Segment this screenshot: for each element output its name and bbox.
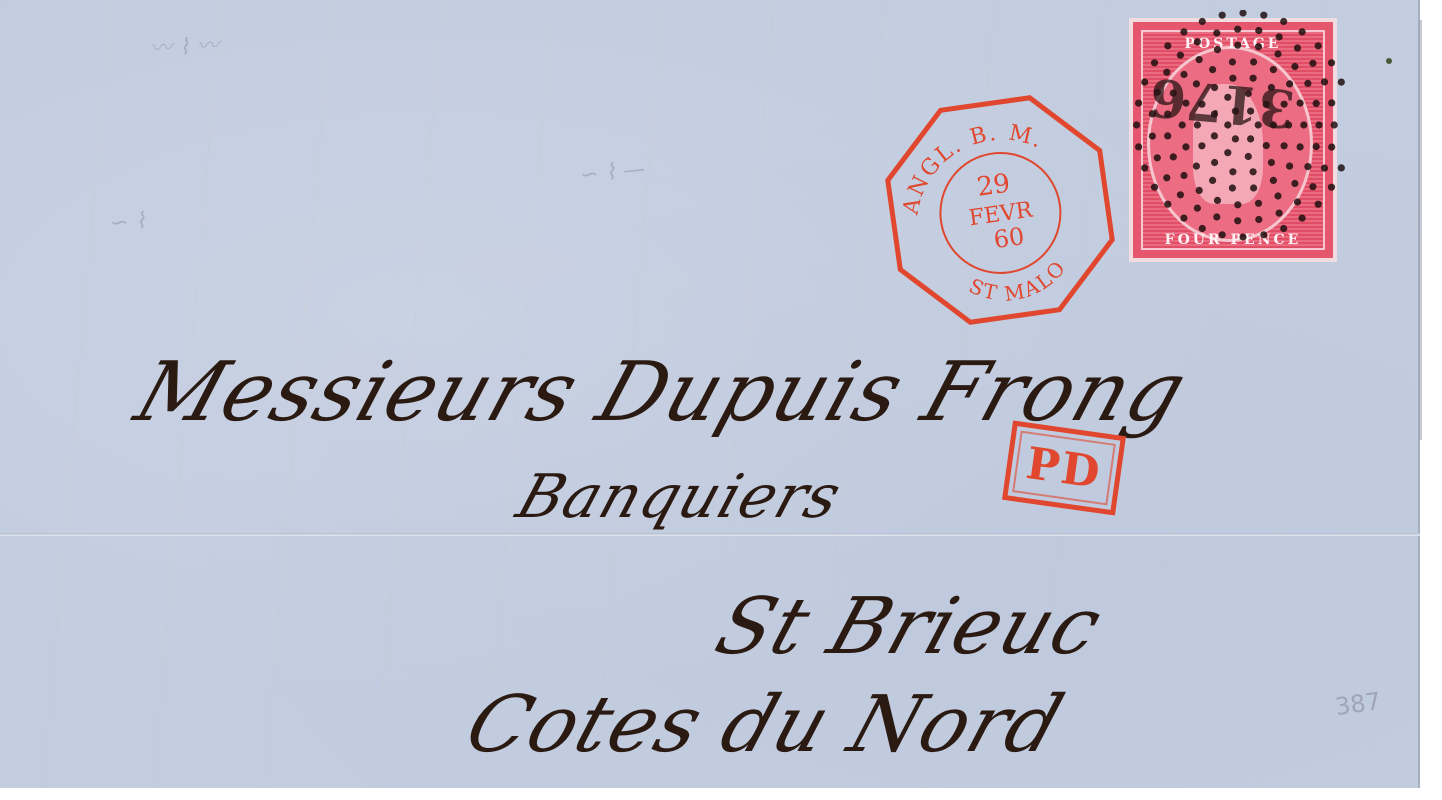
cancel-number: 3176 [1148,66,1298,139]
address-line-4: Cotes du Nord [455,680,1074,770]
postmark-year: 60 [992,222,1026,254]
postmark-bottom-text: ST MALO [962,253,1075,312]
svg-text:ANGL. B. M.: ANGL. B. M. [888,113,1057,220]
pencil-note: ∽ ⌇ [109,209,147,236]
pencil-note: 〰 ⌇ 〰 [149,28,219,63]
paper-speck [1386,58,1392,64]
address-line-2: Banquiers [509,462,850,532]
pd-inner-frame [1012,431,1116,506]
octagonal-postmark: ANGL. B. M. ST MALO 29 FEVR 60 [885,95,1115,325]
paper-edge [1418,20,1422,440]
svg-text:ST MALO: ST MALO [962,253,1075,312]
pd-paid-mark: PD [1002,420,1126,515]
fold-line [0,533,1420,536]
postmark-day: 29 [975,169,1012,203]
address-line-3: St Brieuc [705,582,1112,672]
postmark-top-text: ANGL. B. M. [888,113,1057,220]
